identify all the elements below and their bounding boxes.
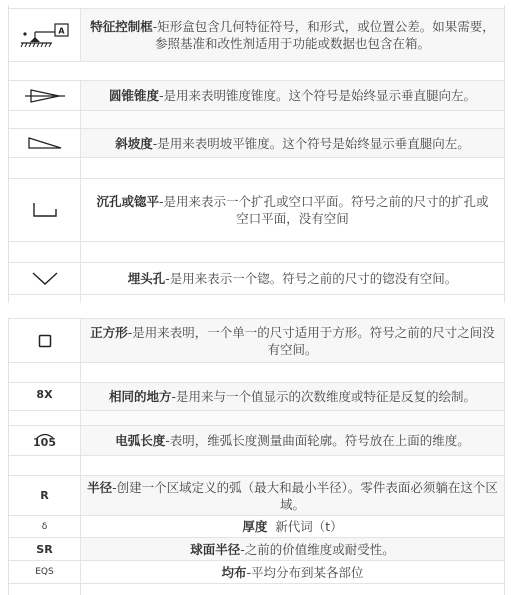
term: 圆锥锥度 [109, 88, 159, 103]
thickness-symbol: δ [42, 522, 48, 532]
term: 沉孔或锪平 [96, 194, 159, 209]
description-cell: 沉孔或锪平-是用来表示一个扩孔或空口平面。符号之前的尺寸的扩孔或空口平面，没有空… [81, 179, 504, 241]
term: 电弧长度 [115, 433, 165, 448]
radius-symbol: R [40, 489, 48, 502]
table-row: 105 电弧长度-表明，维弧长度测量曲面轮廓。符号放在上面的维度。 [9, 425, 504, 455]
symbol-table-top: A 特征控制框-矩形盒包含几何特征符号，和形式，或位置公差。如果需要，参照基准和… [8, 5, 505, 303]
spacer-row [9, 157, 504, 178]
table-row: R 半径-创建一个区域定义的弧（最大和最小半径）。零件表面必须躺在这个区域。 [9, 475, 504, 515]
definition: -是用来表明坡平锥度。这个符号是始终显示垂直腿向左。 [153, 136, 470, 151]
term: 相同的地方 [109, 389, 172, 404]
term: 均布 [221, 565, 246, 580]
description-cell: 相同的地方-是用来与一个值显示的次数维度或特征是反复的绘制。 [81, 383, 504, 410]
definition: -是用来表明，一个单一的尺寸适用于方形。符号之前的尺寸之间没有空间。 [128, 325, 495, 357]
definition: -矩形盒包含几何特征符号，和形式，或位置公差。如果需要，参照基准和改性剂适用于功… [153, 19, 495, 51]
description-cell: 正方形-是用来表明，一个单一的尺寸适用于方形。符号之前的尺寸之间没有空间。 [81, 319, 504, 362]
description-cell: 厚度 新代词（t） [81, 516, 504, 537]
definition: -是用来表示一个扩孔或空口平面。符号之前的尺寸的扩孔或空口平面，没有空间 [159, 194, 489, 226]
equally-spaced-symbol: EQS [35, 567, 53, 577]
spacer-row [9, 294, 504, 303]
spacer-row [9, 410, 504, 425]
spacer-row [9, 362, 504, 382]
table-row: 8X 相同的地方-是用来与一个值显示的次数维度或特征是反复的绘制。 [9, 382, 504, 410]
description-cell: 电弧长度-表明，维弧长度测量曲面轮廓。符号放在上面的维度。 [81, 426, 504, 455]
description-cell: 半径-创建一个区域定义的弧（最大和最小半径）。零件表面必须躺在这个区域。 [81, 476, 504, 515]
symbol-cell: 105 [9, 426, 81, 455]
spacer-row [9, 61, 504, 80]
svg-text:A: A [58, 27, 65, 36]
slope-icon [27, 136, 63, 150]
countersink-icon [31, 271, 59, 287]
table-row: SR 球面半径-之前的价值维度或耐受性。 [9, 537, 504, 560]
definition: 新代词（t） [267, 519, 342, 534]
term: 特征控制框 [90, 19, 153, 34]
square-icon [38, 334, 52, 348]
symbol-cell: EQS [9, 561, 81, 583]
description-cell: 斜坡度-是用来表明坡平锥度。这个符号是始终显示垂直腿向左。 [81, 129, 504, 157]
definition: -表明，维弧长度测量曲面轮廓。符号放在上面的维度。 [165, 433, 470, 448]
term: 正方形 [90, 325, 128, 340]
description-cell: 埋头孔-是用来表示一个锪。符号之前的尺寸的锪没有空间。 [81, 263, 504, 294]
spacer-row [9, 583, 504, 595]
symbol-cell: δ [9, 516, 81, 537]
description-cell: 特征控制框-矩形盒包含几何特征符号，和形式，或位置公差。如果需要，参照基准和改性… [81, 9, 504, 61]
symbol-table-bottom: 正方形-是用来表明，一个单一的尺寸适用于方形。符号之前的尺寸之间没有空间。 8X… [8, 318, 505, 595]
table-row: 沉孔或锪平-是用来表示一个扩孔或空口平面。符号之前的尺寸的扩孔或空口平面，没有空… [9, 178, 504, 241]
table-row: A 特征控制框-矩形盒包含几何特征符号，和形式，或位置公差。如果需要，参照基准和… [9, 8, 504, 61]
arc-length-symbol: 105 [33, 436, 56, 449]
symbol-cell [9, 81, 81, 110]
definition: -平均分布到某各部位 [247, 565, 364, 580]
definition: -创建一个区域定义的弧（最大和最小半径）。零件表面必须躺在这个区域。 [112, 480, 498, 512]
definition: -之前的价值维度或耐受性。 [240, 542, 395, 557]
description-cell: 球面半径-之前的价值维度或耐受性。 [81, 538, 504, 560]
counterbore-icon [31, 202, 59, 218]
definition: -是用来与一个值显示的次数维度或特征是反复的绘制。 [172, 389, 477, 404]
symbol-cell: 8X [9, 383, 81, 410]
symbol-cell: A [9, 9, 81, 61]
feature-control-frame-icon: A [19, 20, 71, 50]
table-row: 圆锥锥度-是用来表明锥度锥度。这个符号是始终显示垂直腿向左。 [9, 80, 504, 110]
symbol-cell: R [9, 476, 81, 515]
term: 球面半径 [190, 542, 240, 557]
spacer-row [9, 455, 504, 475]
term: 厚度 [242, 519, 267, 534]
spacer-row [9, 241, 504, 262]
definition: -是用来表明锥度锥度。这个符号是始终显示垂直腿向左。 [159, 88, 476, 103]
spacer-row [9, 110, 504, 128]
symbol-cell [9, 129, 81, 157]
symbol-cell [9, 319, 81, 362]
table-row: 埋头孔-是用来表示一个锪。符号之前的尺寸的锪没有空间。 [9, 262, 504, 294]
term: 半径 [87, 480, 112, 495]
table-row: EQS 均布-平均分布到某各部位 [9, 560, 504, 583]
definition: -是用来表示一个锪。符号之前的尺寸的锪没有空间。 [165, 271, 457, 286]
term: 斜坡度 [115, 136, 153, 151]
table-row: 正方形-是用来表明，一个单一的尺寸适用于方形。符号之前的尺寸之间没有空间。 [9, 318, 504, 362]
spherical-radius-symbol: SR [36, 543, 52, 556]
term: 埋头孔 [128, 271, 166, 286]
symbol-cell: SR [9, 538, 81, 560]
cone-taper-icon [23, 88, 67, 104]
places-symbol: 8X [36, 388, 52, 401]
symbol-cell [9, 263, 81, 294]
description-cell: 圆锥锥度-是用来表明锥度锥度。这个符号是始终显示垂直腿向左。 [81, 81, 504, 110]
description-cell: 均布-平均分布到某各部位 [81, 561, 504, 583]
table-row: δ 厚度 新代词（t） [9, 515, 504, 537]
symbol-cell [9, 179, 81, 241]
table-row: 斜坡度-是用来表明坡平锥度。这个符号是始终显示垂直腿向左。 [9, 128, 504, 157]
